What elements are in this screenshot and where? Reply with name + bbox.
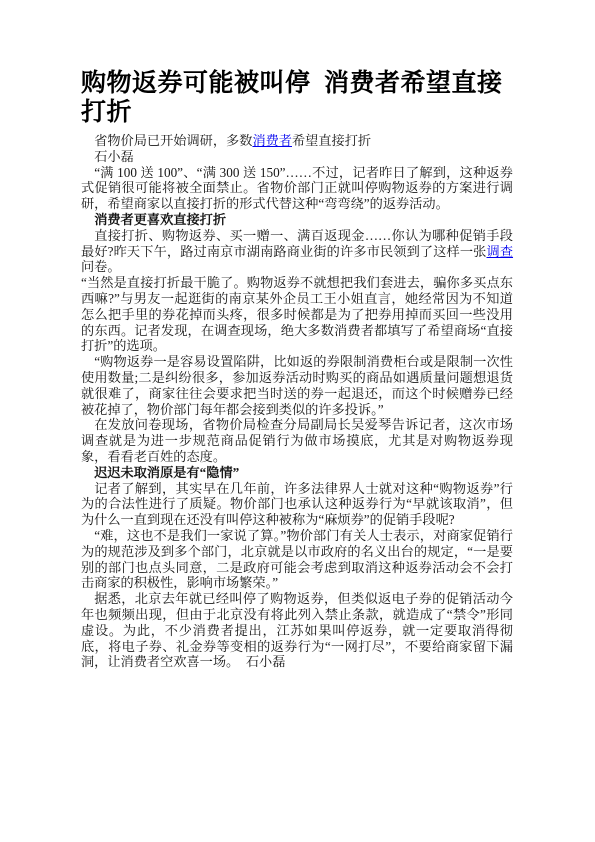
text-run: 省物价局已开始调研，多数 bbox=[94, 133, 252, 148]
article-paragraph: 在发放问卷现场，省物价局检查分局副局长吴爱琴告诉记者，这次市场调查就是为进一步规… bbox=[81, 417, 513, 464]
inline-link[interactable]: 调查 bbox=[487, 244, 514, 259]
text-run: 希望直接打折 bbox=[292, 133, 371, 148]
inline-link[interactable]: 消费者 bbox=[252, 133, 292, 148]
text-run: 问卷。 bbox=[81, 259, 121, 274]
article-paragraph: 直接打折、购物返券、买一赠一、满百返现金……你认为哪种促销手段最好?昨天下午，路… bbox=[81, 228, 513, 275]
article-lead: 省物价局已开始调研，多数消费者希望直接打折 bbox=[81, 133, 513, 149]
text-run: 直接打折、购物返券、买一赠一、满百返现金……你认为哪种促销手段最好?昨天下午，路… bbox=[81, 228, 513, 259]
section-heading: 消费者更喜欢直接打折 bbox=[81, 212, 513, 228]
article-body: 省物价局已开始调研，多数消费者希望直接打折石小磊“满 100 送 100”、“满… bbox=[81, 133, 513, 670]
article-title: 购物返券可能被叫停 消费者希望直接打折 bbox=[81, 69, 513, 127]
text-run: “购物返券一是容易设置陷阱，比如返的券限制消费柜台或是限制一次性使用数量;二是纠… bbox=[81, 354, 513, 416]
article-author: 石小磊 bbox=[81, 149, 513, 165]
article-content: 购物返券可能被叫停 消费者希望直接打折 省物价局已开始调研，多数消费者希望直接打… bbox=[81, 69, 513, 670]
text-run: 消费者更喜欢直接打折 bbox=[94, 212, 226, 227]
section-heading: 迟迟未取消原是有“隐情” bbox=[81, 465, 513, 481]
article-paragraph: “难，这也不是我们一家说了算。”物价部门有关人士表示，对商家促销行为的规范涉及到… bbox=[81, 528, 513, 591]
text-run: 在发放问卷现场，省物价局检查分局副局长吴爱琴告诉记者，这次市场调查就是为进一步规… bbox=[81, 417, 513, 464]
article-paragraph: “当然是直接打折最干脆了。购物返券不就想把我们套进去，骗你多买点东西嘛?”与男友… bbox=[81, 275, 513, 354]
article-paragraph: 记者了解到，其实早在几年前，许多法律界人士就对这种“购物返券”行为的合法性进行了… bbox=[81, 481, 513, 528]
text-run: “难，这也不是我们一家说了算。”物价部门有关人士表示，对商家促销行为的规范涉及到… bbox=[81, 528, 513, 590]
text-run: 迟迟未取消原是有“隐情” bbox=[94, 465, 239, 480]
text-run: 石小磊 bbox=[94, 149, 134, 164]
text-run: 据悉，北京去年就已经叫停了购物返券，但类似返电子券的促销活动今年也频频出现，但由… bbox=[81, 591, 513, 669]
text-run: “当然是直接打折最干脆了。购物返券不就想把我们套进去，骗你多买点东西嘛?”与男友… bbox=[81, 275, 513, 353]
text-run: “满 100 送 100”、“满 300 送 150”……不过，记者昨日了解到，… bbox=[81, 165, 513, 212]
article-paragraph: “满 100 送 100”、“满 300 送 150”……不过，记者昨日了解到，… bbox=[81, 165, 513, 212]
article-paragraph: 据悉，北京去年就已经叫停了购物返券，但类似返电子券的促销活动今年也频频出现，但由… bbox=[81, 591, 513, 670]
article-paragraph: “购物返券一是容易设置陷阱，比如返的券限制消费柜台或是限制一次性使用数量;二是纠… bbox=[81, 354, 513, 417]
document-page: 购物返券可能被叫停 消费者希望直接打折 省物价局已开始调研，多数消费者希望直接打… bbox=[0, 0, 595, 842]
text-run: 记者了解到，其实早在几年前，许多法律界人士就对这种“购物返券”行为的合法性进行了… bbox=[81, 481, 513, 528]
